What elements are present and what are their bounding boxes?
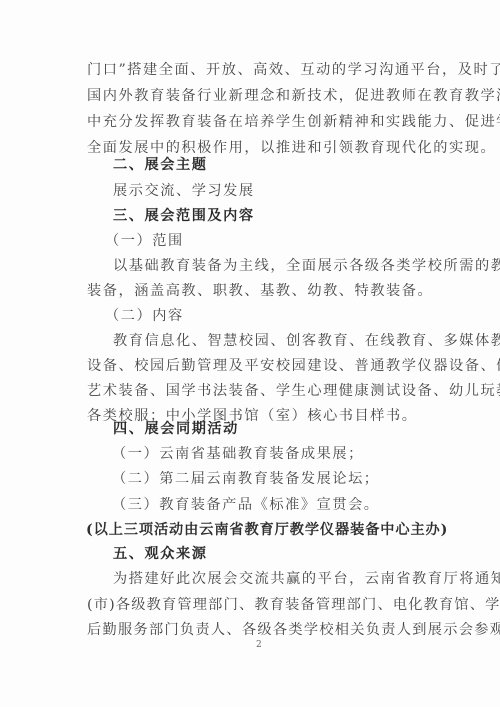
paragraph-line: 后勤服务部门负责人、各级各类学校相关负责人到展示会参观学 (87, 621, 437, 639)
paragraph-line: 为搭建好此次展会交流共赢的平台，云南省教育厅将通知州 (113, 570, 463, 588)
activity-item: （三）教育装备产品《标准》宣贯会。 (112, 496, 462, 514)
document-page: 门口”搭建全面、开放、高效、互动的学习沟通平台，及时了解 国内外教育装备行业新理… (0, 0, 500, 707)
paragraph-line: 全面发展中的积极作用，以推进和引领教育现代化的实现。 (87, 139, 437, 157)
section-heading-activities: 四、展会同期活动 (113, 420, 463, 438)
subheading-scope: （一）范围 (105, 232, 455, 250)
theme-text: 展示交流、学习发展 (113, 182, 463, 200)
section-heading-audience: 五、观众来源 (113, 545, 463, 563)
paragraph-line: 教育信息化、智慧校园、创客教育、在线教育、多媒体教学 (113, 332, 463, 350)
paragraph-line: 中充分发挥教育装备在培养学生创新精神和实践能力、促进学生 (87, 113, 437, 131)
activities-note: (以上三项活动由云南省教育厅教学仪器装备中心主办) (86, 521, 436, 539)
page-number: 2 (256, 640, 262, 650)
paragraph-line: 装备，涵盖高教、职教、基教、幼教、特教装备。 (87, 282, 437, 300)
activity-item: （一）云南省基础教育装备成果展； (112, 445, 462, 463)
paragraph-line: 以基础教育装备为主线，全面展示各级各类学校所需的教育 (113, 257, 463, 275)
section-heading-scope: 三、展会范围及内容 (113, 207, 463, 225)
paragraph-line: 艺术装备、国学书法装备、学生心理健康测试设备、幼儿玩教具； (87, 382, 437, 400)
paragraph-line: 门口”搭建全面、开放、高效、互动的学习沟通平台，及时了解 (87, 61, 437, 79)
paragraph-line: 设备、校园后勤管理及平安校园建设、普通教学仪器设备、体育 (87, 357, 437, 375)
activity-item: （二）第二届云南教育装备发展论坛； (112, 470, 462, 488)
paragraph-line: 国内外教育装备行业新理念和新技术，促进教师在教育教学活动 (87, 87, 437, 105)
paragraph-line: (市)各级教育管理部门、教育装备管理部门、电化教育馆、学校 (87, 596, 437, 614)
section-heading-theme: 二、展会主题 (113, 156, 463, 174)
subheading-content: （二）内容 (105, 307, 455, 325)
